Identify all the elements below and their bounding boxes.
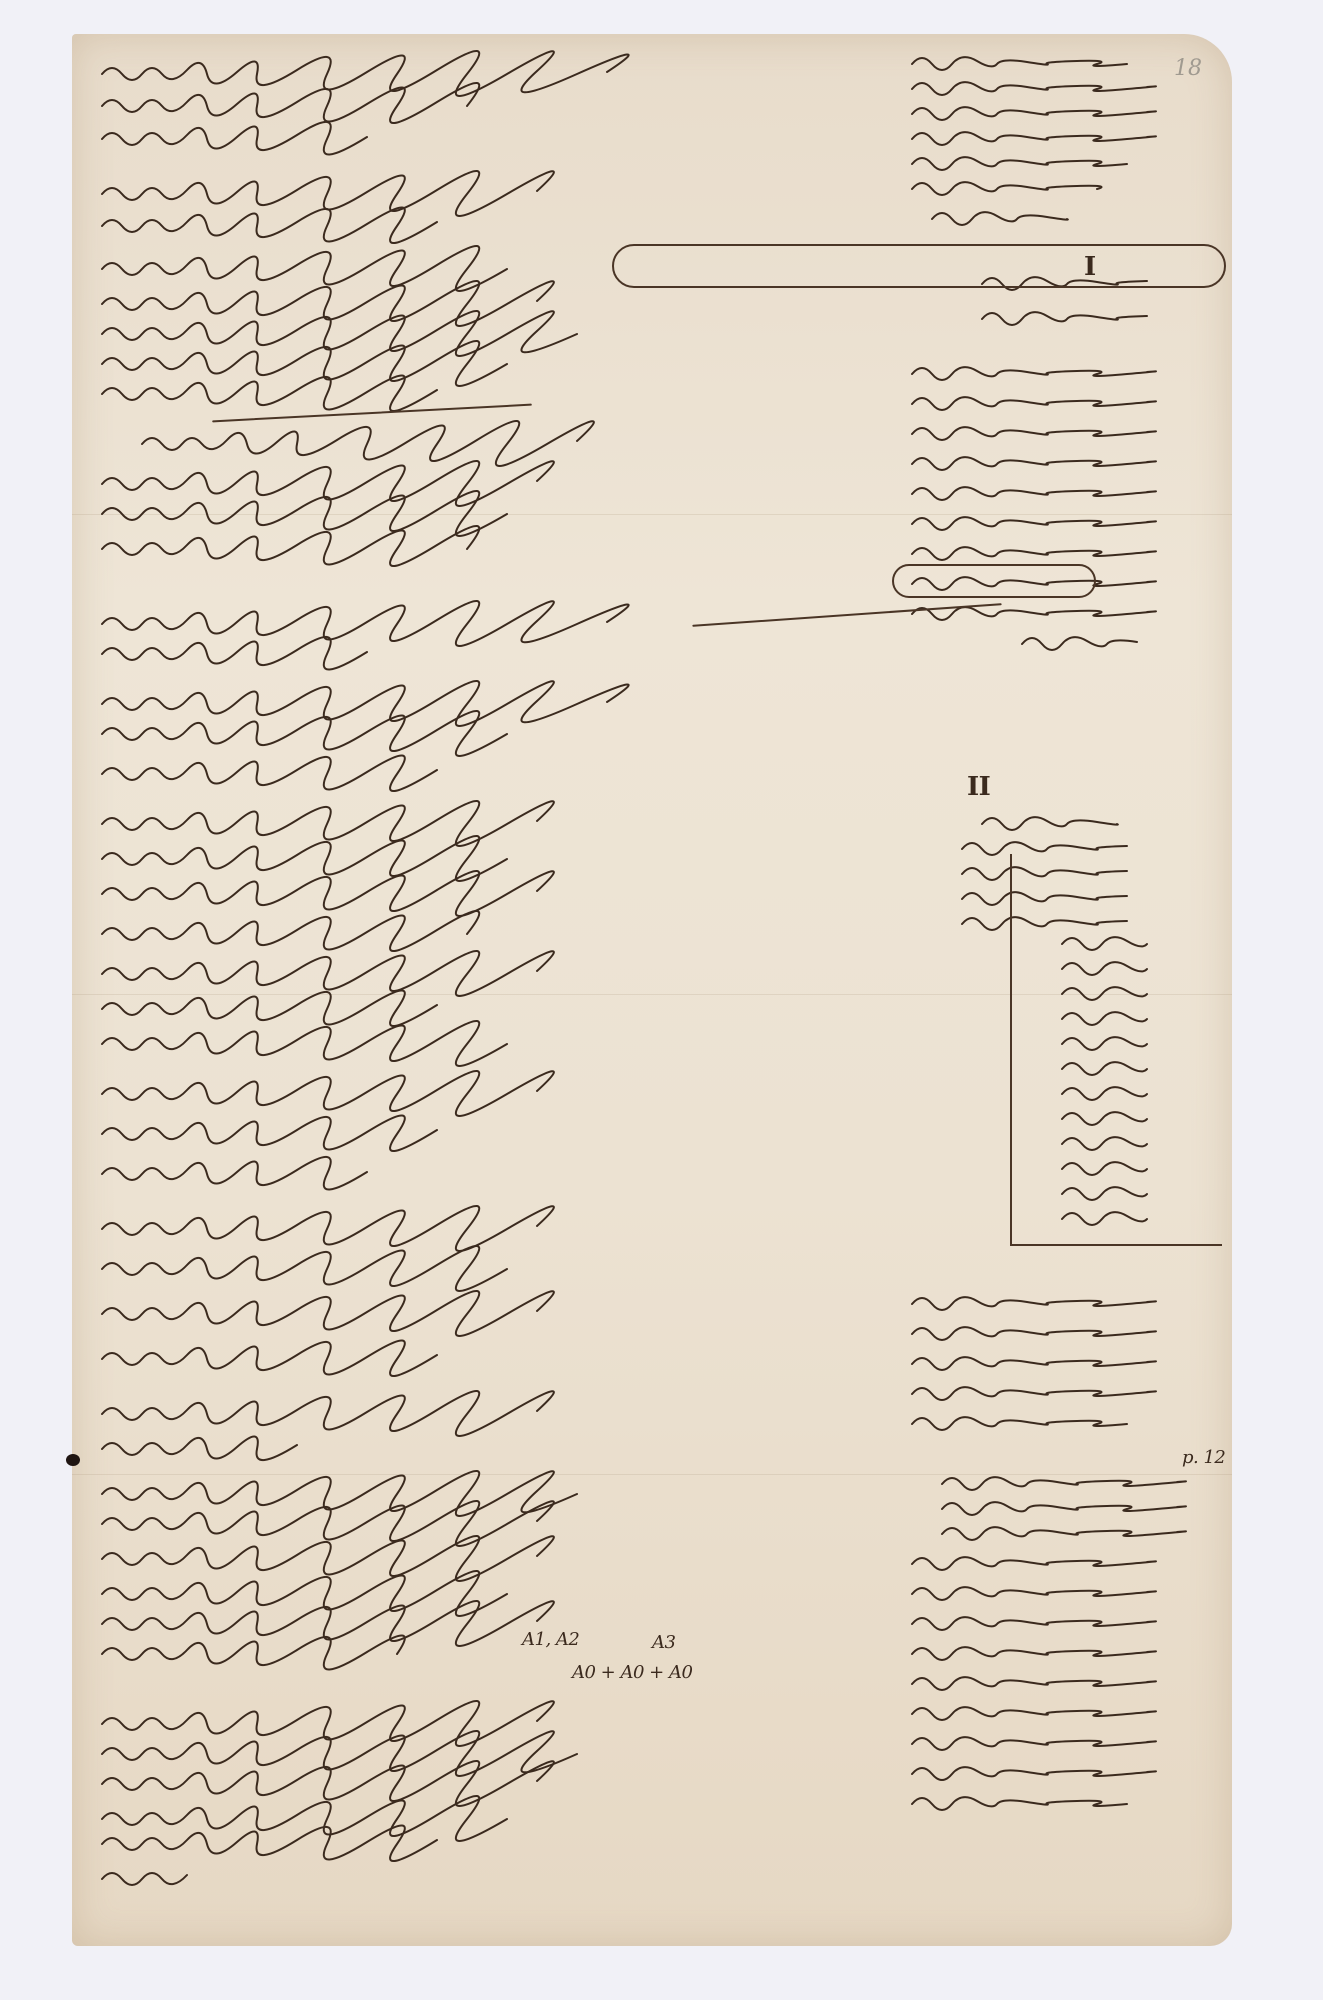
formula-fragment: A1, A2 [522, 1629, 579, 1650]
section-numeral-two: II [967, 772, 990, 802]
bracket-annotation [1010, 854, 1222, 1246]
encircled-passage [892, 564, 1096, 598]
formula-fragment: A3 [652, 1632, 675, 1653]
manuscript-page: 18 [72, 34, 1232, 1946]
encircled-passage [612, 244, 1226, 288]
handwriting-left-column [82, 34, 942, 1934]
formula-fragment: A0 + A0 + A0 [572, 1662, 692, 1683]
page-reference: p. 12 [1182, 1447, 1225, 1468]
ink-blot [66, 1454, 80, 1466]
